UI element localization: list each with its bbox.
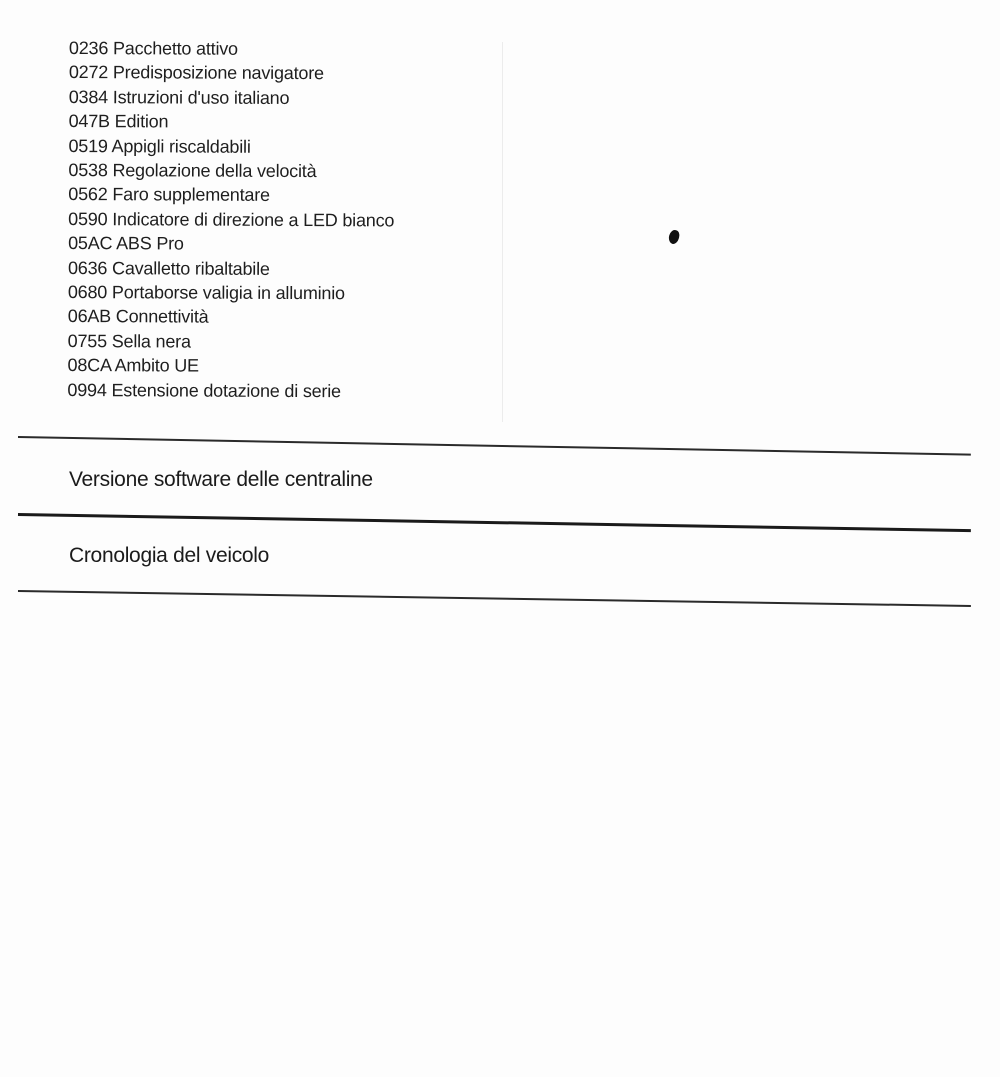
- option-label: Estensione dotazione di serie: [111, 380, 340, 401]
- option-code: 0272: [69, 62, 108, 82]
- column-divider: [502, 42, 503, 422]
- option-item: 0994 Estensione dotazione di serie: [67, 378, 393, 404]
- option-code: 0636: [68, 258, 107, 278]
- option-code: 0384: [69, 87, 108, 107]
- option-label: ABS Pro: [116, 233, 184, 253]
- option-label: Regolazione della velocità: [112, 160, 316, 181]
- option-item: 0538 Regolazione della velocità: [68, 158, 394, 184]
- option-code: 06AB: [68, 306, 111, 326]
- option-label: Faro supplementare: [112, 185, 270, 206]
- option-item: 0236 Pacchetto attivo: [69, 36, 395, 62]
- option-code: 0994: [67, 380, 106, 400]
- option-code: 0755: [68, 331, 107, 351]
- option-code: 0519: [68, 136, 107, 156]
- option-item: 08CA Ambito UE: [68, 353, 394, 379]
- option-item: 047B Edition: [69, 109, 395, 135]
- option-label: Edition: [115, 111, 169, 131]
- option-item: 06AB Connettività: [68, 304, 394, 330]
- option-code: 0680: [68, 282, 107, 302]
- option-code: 0590: [68, 209, 107, 229]
- section-software-version: Versione software delle centraline: [69, 468, 373, 492]
- option-code: 05AC: [68, 233, 112, 253]
- option-label: Sella nera: [112, 331, 191, 351]
- option-label: Indicatore di direzione a LED bianco: [112, 209, 394, 230]
- option-item: 0272 Predisposizione navigatore: [69, 60, 395, 86]
- option-code: 0236: [69, 38, 108, 58]
- option-item: 0680 Portaborse valigia in alluminio: [68, 280, 394, 306]
- option-item: 0636 Cavalletto ribaltabile: [68, 256, 394, 282]
- divider: [18, 436, 971, 455]
- option-code: 08CA: [68, 355, 111, 375]
- options-list: 0236 Pacchetto attivo0272 Predisposizion…: [67, 36, 395, 404]
- divider: [18, 513, 971, 532]
- option-label: Pacchetto attivo: [113, 38, 238, 59]
- ink-blot: [667, 229, 680, 245]
- option-item: 0590 Indicatore di direzione a LED bianc…: [68, 207, 394, 233]
- option-item: 0384 Istruzioni d'uso italiano: [69, 85, 395, 111]
- option-code: 0562: [68, 184, 107, 204]
- option-item: 0562 Faro supplementare: [68, 182, 394, 208]
- divider: [18, 590, 971, 606]
- option-label: Istruzioni d'uso italiano: [113, 87, 290, 108]
- option-item: 0755 Sella nera: [68, 329, 394, 355]
- option-code: 047B: [69, 111, 110, 131]
- option-item: 0519 Appigli riscaldabili: [68, 134, 394, 160]
- option-item: 05AC ABS Pro: [68, 231, 394, 257]
- option-label: Ambito UE: [115, 355, 199, 375]
- option-label: Cavalletto ribaltabile: [112, 258, 270, 279]
- section-vehicle-history: Cronologia del veicolo: [69, 544, 269, 568]
- option-label: Connettività: [116, 307, 209, 327]
- option-code: 0538: [68, 160, 107, 180]
- option-label: Portaborse valigia in alluminio: [112, 282, 345, 303]
- option-label: Predisposizione navigatore: [113, 63, 324, 84]
- option-label: Appigli riscaldabili: [112, 136, 251, 157]
